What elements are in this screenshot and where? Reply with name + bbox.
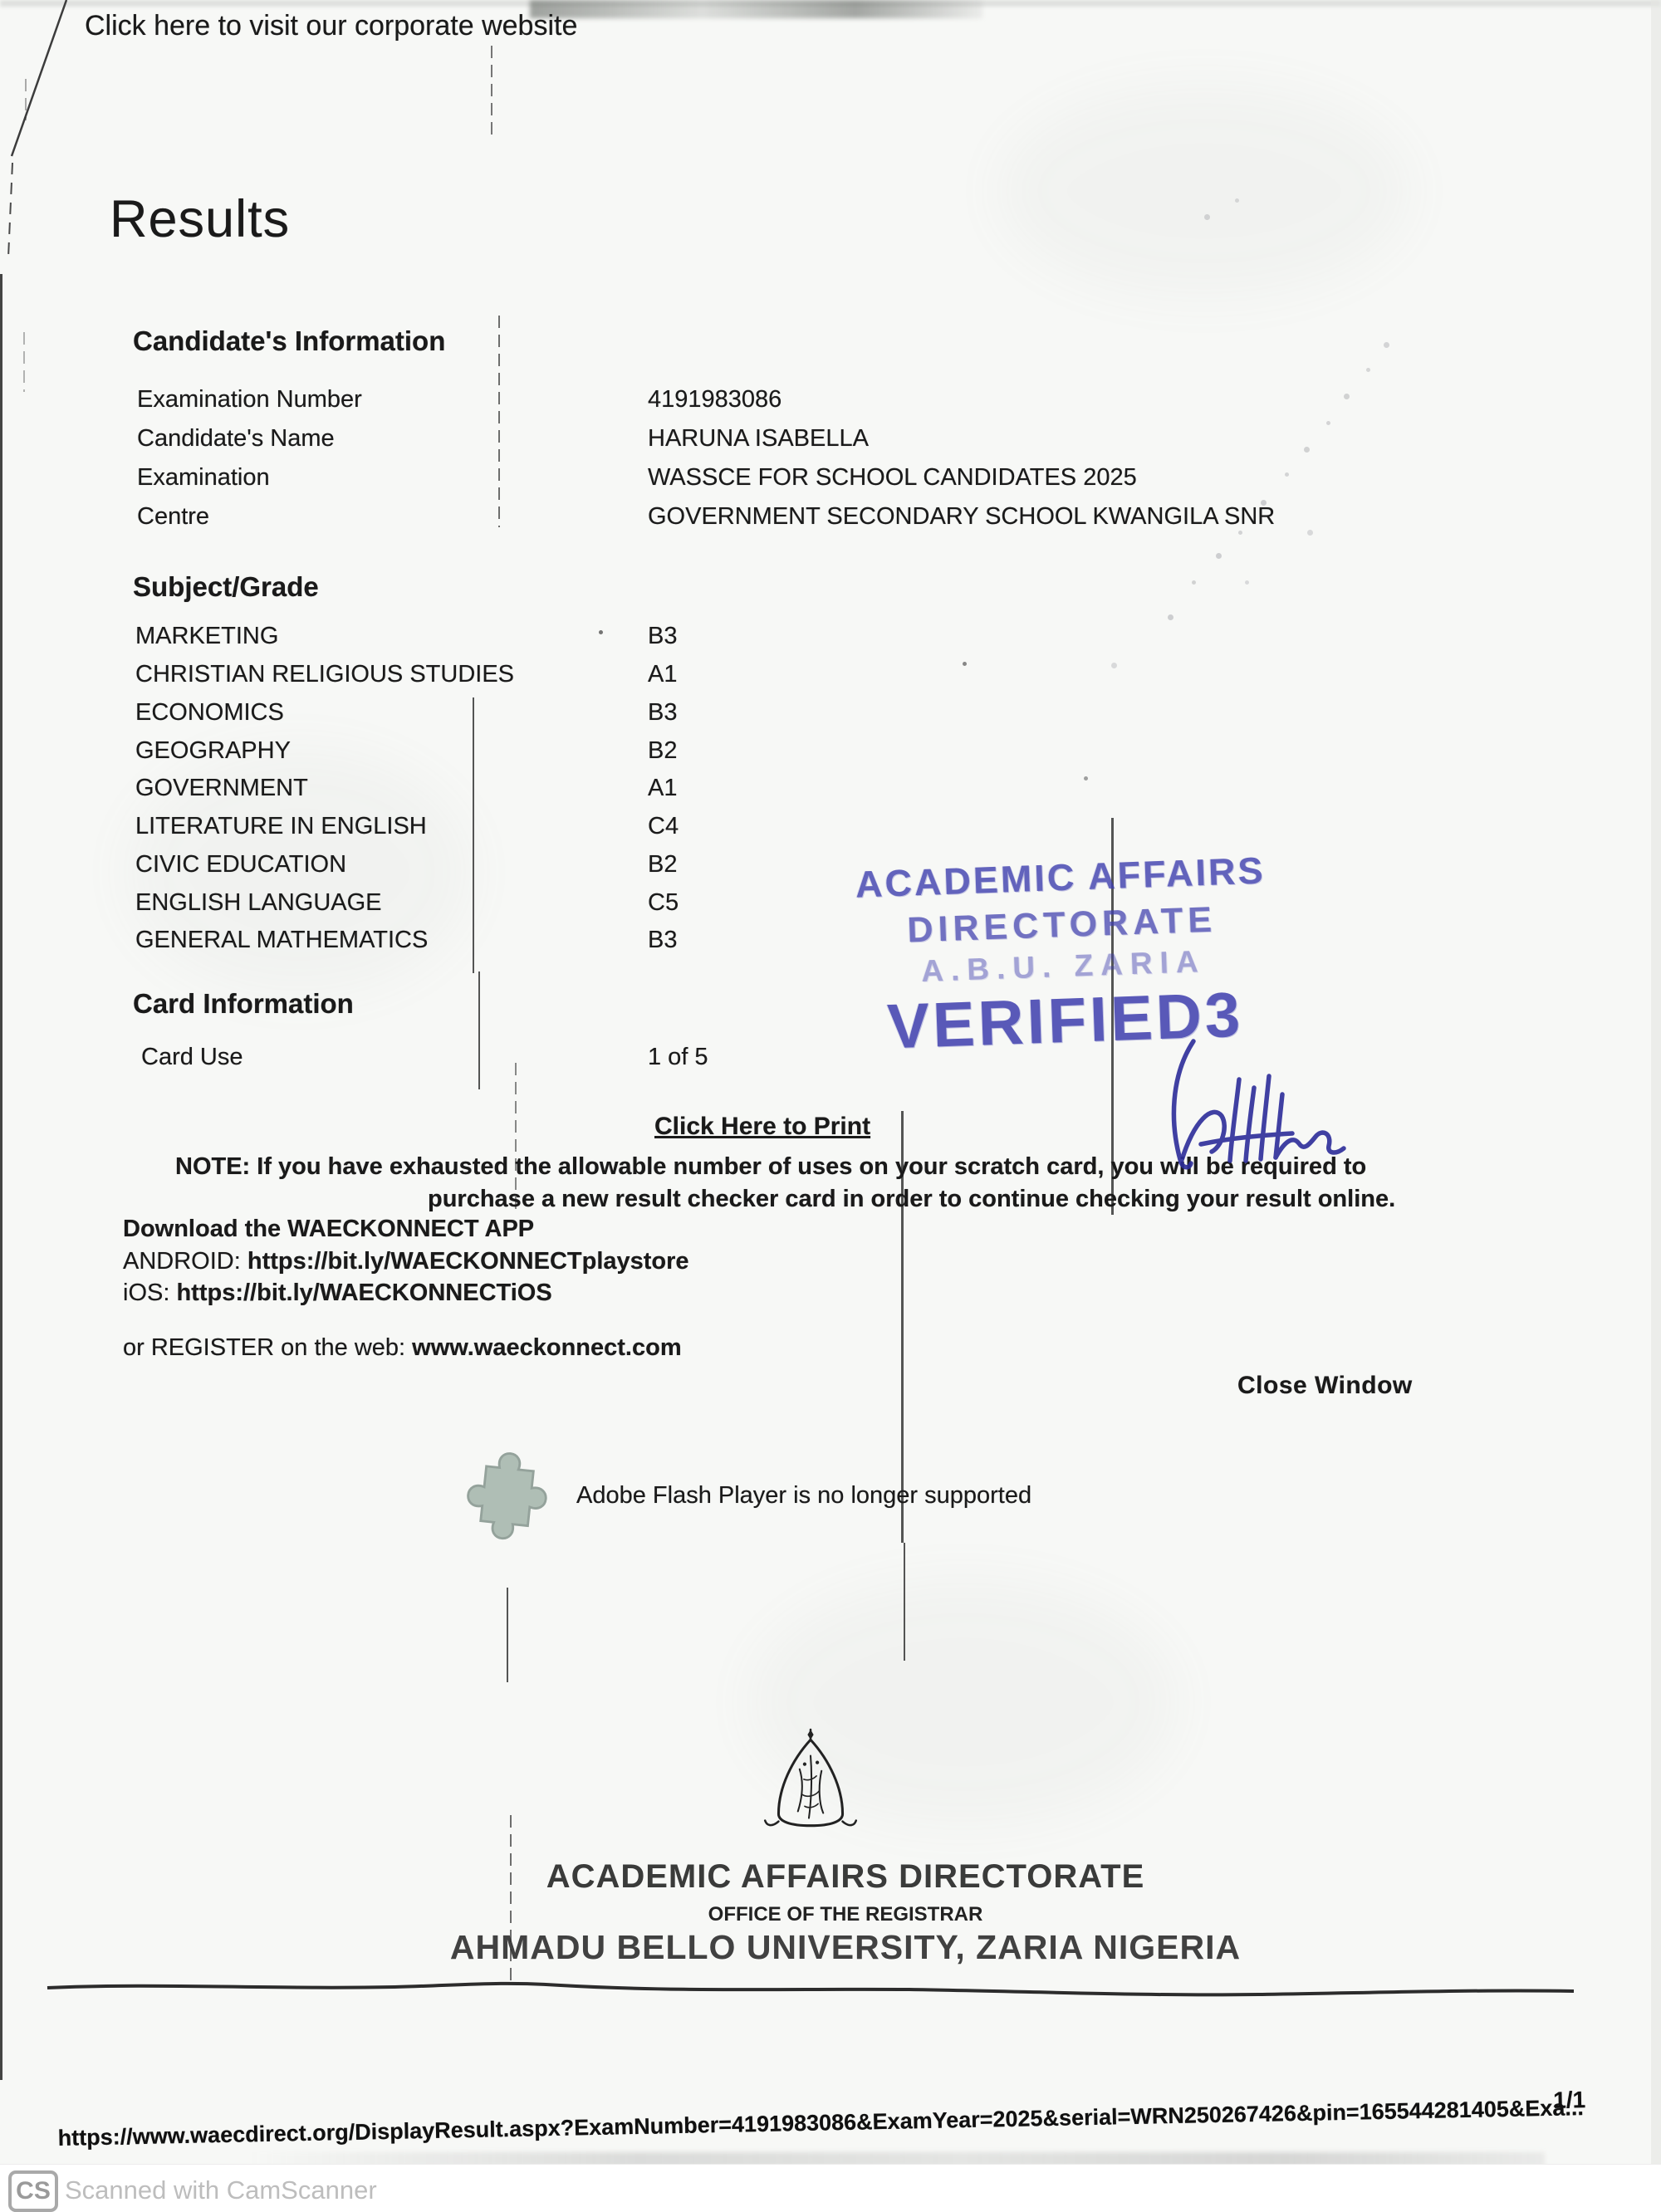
register-line: or REGISTER on the web: www.waeckonnect.… [123, 1334, 682, 1362]
flash-unsupported-notice: Adobe Flash Player is no longer supporte… [576, 1482, 1031, 1510]
info-value: 4191983086 [648, 386, 782, 414]
register-prefix: or REGISTER on the web: [123, 1334, 405, 1361]
scan-edge-line [0, 274, 2, 2080]
page-divider-line [46, 1978, 1578, 1999]
note-label: NOTE: [175, 1153, 250, 1180]
subject-name: GENERAL MATHEMATICS [135, 927, 428, 954]
note-line2: purchase a new result checker card in or… [428, 1186, 1395, 1213]
card-info-heading: Card Information [133, 988, 354, 1020]
subject-grade: C5 [648, 889, 679, 917]
ios-url: https://bit.ly/WAECKONNECTiOS [176, 1280, 551, 1306]
info-label: Centre [137, 503, 209, 531]
candidate-info-heading: Candidate's Information [133, 325, 445, 357]
abu-crest-icon [756, 1727, 865, 1843]
android-label: ANDROID: [123, 1248, 241, 1275]
subject-grade-heading: Subject/Grade [133, 571, 319, 603]
scan-crease-line [498, 316, 500, 527]
card-use-label: Card Use [141, 1044, 243, 1071]
result-url: https://www.waecdirect.org/DisplayResult… [57, 2095, 1584, 2151]
subject-grade: B2 [648, 851, 677, 878]
signature [1148, 1030, 1397, 1179]
corporate-website-link[interactable]: Click here to visit our corporate websit… [85, 10, 577, 42]
subject-name: ENGLISH LANGUAGE [135, 889, 382, 917]
android-line: ANDROID: https://bit.ly/WAECKONNECTplays… [123, 1248, 689, 1275]
camscanner-icon: CS [8, 2170, 58, 2212]
subject-name: GOVERNMENT [135, 775, 308, 802]
card-use-value: 1 of 5 [648, 1044, 708, 1071]
ios-label: iOS: [123, 1280, 169, 1306]
info-label: Examination [137, 464, 270, 492]
subject-grade: B3 [648, 699, 677, 727]
scan-crease-line [473, 697, 474, 973]
app-download-heading: Download the WAECKONNECT APP [123, 1216, 534, 1243]
subject-name: ECONOMICS [135, 699, 284, 727]
scan-crease-line [491, 46, 492, 141]
subject-name: MARKETING [135, 623, 278, 650]
ios-line: iOS: https://bit.ly/WAECKONNECTiOS [123, 1280, 552, 1307]
scan-speckles [0, 0, 2, 2]
page-indicator: 1/1 [1553, 2087, 1586, 2114]
info-value: HARUNA ISABELLA [648, 425, 869, 453]
scan-crease-line [478, 971, 480, 1089]
register-url: www.waeckonnect.com [412, 1334, 681, 1361]
subject-grade: B3 [648, 927, 677, 954]
scan-blotch [997, 83, 1412, 299]
subject-name: CHRISTIAN RELIGIOUS STUDIES [135, 661, 514, 688]
print-link[interactable]: Click Here to Print [654, 1113, 870, 1141]
scan-crease-line [23, 332, 25, 392]
info-label: Candidate's Name [137, 425, 335, 453]
scan-smudge [530, 0, 982, 18]
url-bar: https://www.waecdirect.org/DisplayResult… [57, 2095, 1585, 2151]
scan-edge-shade [1651, 0, 1661, 2212]
subject-grade: A1 [648, 775, 677, 802]
subject-grade: B3 [648, 623, 677, 650]
scan-crease-line [507, 1588, 508, 1682]
subject-grade: B2 [648, 737, 677, 765]
directorate-name: ACADEMIC AFFAIRS DIRECTORATE [430, 1858, 1261, 1896]
subject-name: CIVIC EDUCATION [135, 851, 346, 878]
university-name: AHMADU BELLO UNIVERSITY, ZARIA NIGERIA [347, 1928, 1344, 1967]
puzzle-piece-icon [450, 1441, 555, 1547]
android-url: https://bit.ly/WAECKONNECTplaystore [247, 1248, 689, 1275]
info-label: Examination Number [137, 386, 362, 414]
info-value: WASSCE FOR SCHOOL CANDIDATES 2025 [648, 464, 1137, 492]
info-value: GOVERNMENT SECONDARY SCHOOL KWANGILA SNR [648, 503, 1275, 531]
office-name: OFFICE OF THE REGISTRAR [430, 1903, 1261, 1926]
subject-name: GEOGRAPHY [135, 737, 291, 765]
camscanner-label: Scanned with CamScanner [65, 2175, 377, 2205]
close-window-link[interactable]: Close Window [1237, 1372, 1413, 1400]
subject-grade: C4 [648, 813, 679, 840]
subject-name: LITERATURE IN ENGLISH [135, 813, 427, 840]
scan-crease-line [25, 79, 27, 120]
scan-crease-line [904, 1543, 905, 1661]
subject-grade: A1 [648, 661, 677, 688]
page-title: Results [110, 189, 290, 249]
